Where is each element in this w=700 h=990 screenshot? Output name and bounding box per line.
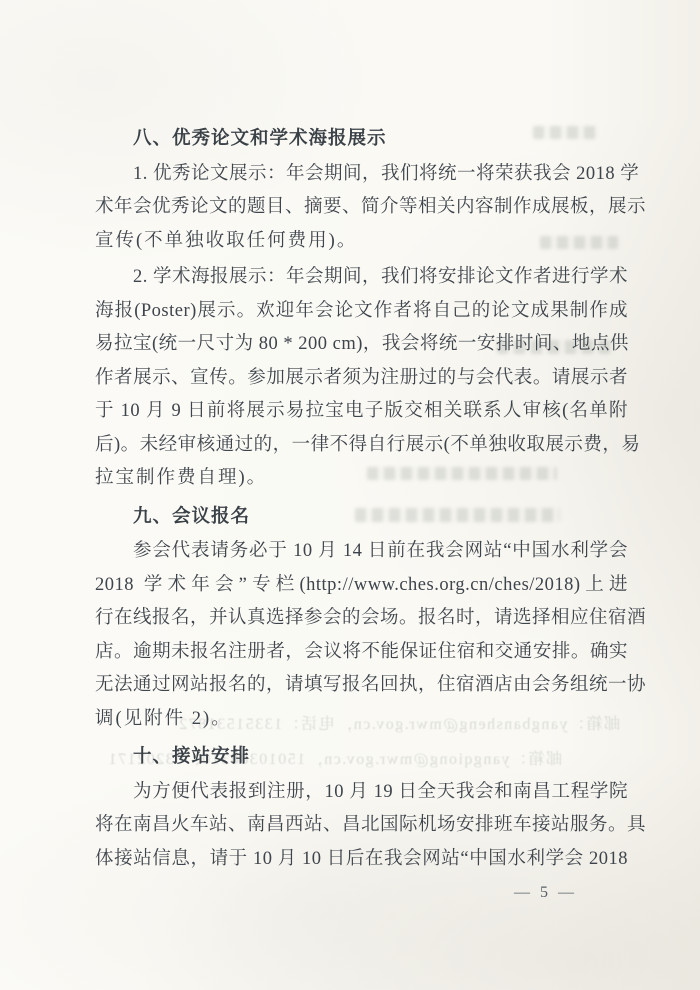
text-line: 参会代表请务必于 10 月 14 日前在我会网站“中国水利学会: [95, 535, 628, 569]
text-line: 2. 学术海报展示：年会期间，我们将安排论文作者进行学术: [95, 261, 628, 295]
section-heading-9: 九、会议报名: [95, 499, 628, 533]
paragraph-registration: 参会代表请务必于 10 月 14 日前在我会网站“中国水利学会 2018 学术年…: [95, 535, 628, 736]
text-line: 1. 优秀论文展示：年会期间，我们将统一将荣获我会 2018 学: [95, 158, 628, 192]
paragraph-poster-display: 2. 学术海报展示：年会期间，我们将安排论文作者进行学术 海报(Poster)展…: [95, 261, 628, 496]
document-content: 八、优秀论文和学术海报展示 1. 优秀论文展示：年会期间，我们将统一将荣获我会 …: [95, 118, 628, 876]
text-line: 宣传(不单独收取任何费用)。: [95, 225, 628, 259]
text-line: 海报(Poster)展示。欢迎年会论文作者将自己的论文成果制作成: [95, 295, 628, 329]
text-line: 将在南昌火车站、南昌西站、昌北国际机场安排班车接站服务。具: [95, 809, 628, 843]
text-line: 后)。未经审核通过的，一律不得自行展示(不单独收取展示费，易: [95, 429, 628, 463]
text-line: 于 10 月 9 日前将展示易拉宝电子版交相关联系人审核(名单附: [95, 395, 628, 429]
section-heading-10: 十、接站安排: [95, 739, 628, 773]
text-line: 作者展示、宣传。参加展示者须为注册过的与会代表。请展示者: [95, 362, 628, 396]
paragraph-shuttle-pickup: 为方便代表报到注册，10 月 19 日全天我会和南昌工程学院 将在南昌火车站、南…: [95, 776, 628, 877]
text-line: 店。逾期未报名注册者，会议将不能保证住宿和交通安排。确实: [95, 636, 628, 670]
text-line: 为方便代表报到注册，10 月 19 日全天我会和南昌工程学院: [95, 776, 628, 810]
section-heading-8: 八、优秀论文和学术海报展示: [95, 121, 628, 155]
text-line: 术年会优秀论文的题目、摘要、简介等相关内容制作成展板，展示: [95, 191, 628, 225]
text-line: 易拉宝(统一尺寸为 80 * 200 cm)，我会将统一安排时间、地点供: [95, 328, 628, 362]
text-line: 调(见附件 2)。: [95, 703, 628, 737]
page-number: — 5 —: [514, 884, 594, 902]
text-line: 2018 学术年会”专栏(http://www.ches.org.cn/ches…: [95, 569, 628, 603]
text-line: 体接站信息，请于 10 月 10 日后在我会网站“中国水利学会 2018: [95, 843, 628, 877]
text-line: 无法通过网站报名的，请填写报名回执，住宿酒店由会务组统一协: [95, 669, 628, 703]
text-line: 拉宝制作费自理)。: [95, 462, 628, 496]
text-line: 行在线报名，并认真选择参会的会场。报名时，请选择相应住宿酒: [95, 602, 628, 636]
document-page: 邮箱：yangbansheng@mwr.gov.cn，电话：1335153187…: [0, 0, 700, 990]
paragraph-excellent-papers: 1. 优秀论文展示：年会期间，我们将统一将荣获我会 2018 学 术年会优秀论文…: [95, 158, 628, 259]
